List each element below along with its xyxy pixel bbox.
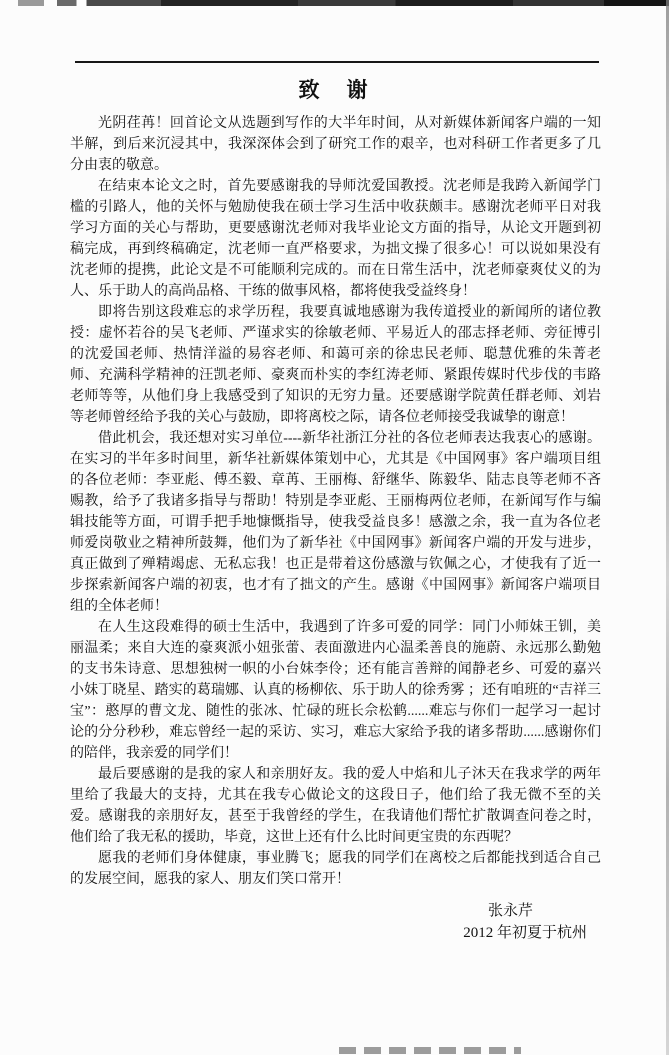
scan-artifact-top-bar [18, 0, 669, 6]
scan-artifact-bottom-marks [339, 1047, 521, 1054]
paragraph: 在人生这段难得的硕士生活中，我遇到了许多可爱的同学：同门小师妹王钏，美丽温柔；来… [70, 617, 601, 764]
paragraph: 即将告别这段难忘的求学历程，我要真诚地感谢为我传道授业的新闻所的诸位教授：虚怀若… [70, 302, 601, 428]
acknowledgment-body: 光阴荏苒！回首论文从选题到写作的大半年时间，从对新媒体新闻客户端的一知半解，到后… [70, 113, 601, 944]
page-title: 致 谢 [0, 74, 669, 104]
signature-name: 张永芹 [70, 900, 601, 922]
scanned-thesis-page: { "doc": { "title": "致 谢", "paragraphs":… [0, 0, 669, 1055]
paragraph: 在结束本论文之时，首先要感谢我的导师沈爱国教授。沈老师是我跨入新闻学门槛的引路人… [70, 176, 601, 302]
paragraph: 借此机会，我还想对实习单位----新华社浙江分社的各位老师表达我衷心的感谢。在实… [70, 428, 601, 617]
signature-block: 张永芹 2012 年初夏于杭州 [70, 900, 601, 944]
paragraph: 最后要感谢的是我的家人和亲朋好友。我的爱人中焰和儿子沐天在我求学的两年里给了我最… [70, 764, 601, 848]
signature-date: 2012 年初夏于杭州 [70, 922, 601, 944]
paragraph: 愿我的老师们身体健康，事业腾飞；愿我的同学们在离校之后都能找到适合自己的发展空间… [70, 848, 601, 890]
paragraph: 光阴荏苒！回首论文从选题到写作的大半年时间，从对新媒体新闻客户端的一知半解，到后… [70, 113, 601, 176]
header-rule [75, 61, 599, 63]
